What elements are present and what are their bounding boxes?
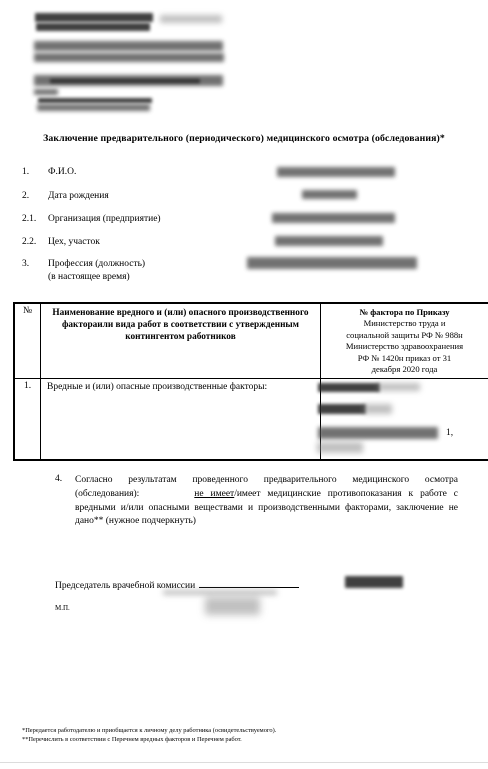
footnotes: *Передается работодателю и приобщается к…: [22, 727, 276, 745]
field-organization-label: Организация (предприятие): [48, 213, 161, 226]
redacted-birthdate-value: [302, 190, 357, 199]
item4-paragraph: Согласно результатам проведенного предва…: [75, 474, 458, 529]
redacted-factor-entry3: [318, 427, 438, 439]
page-bottom-edge: [0, 762, 488, 763]
redacted-workshop-value: [275, 236, 383, 246]
redacted-factor-entry1: [318, 383, 380, 392]
field-profession-number: 3.: [22, 258, 29, 271]
signature-underline: [199, 578, 299, 588]
field-profession-label-line1: Профессия (должность): [48, 258, 145, 271]
redacted-phone-tail: [37, 104, 150, 111]
redacted-chairman-name: [345, 576, 403, 588]
item4-line2: (обследования):не имеет/имеет медицински…: [75, 488, 458, 502]
stamp-place-label: М.П.: [55, 604, 70, 612]
header-cell-factor: Наименование вредного и (или) опасного п…: [41, 303, 321, 379]
field-fio-number: 1.: [22, 166, 29, 179]
header-order-line5: РФ № 1420н приказ от 31: [324, 353, 485, 364]
footnote-2: **Перечислить в соответствии с Перечнем …: [22, 736, 276, 745]
header-cell-number: №: [14, 303, 41, 379]
item4-line2-pre: (обследования):: [75, 489, 139, 499]
item4-underlined-choice: не имеет: [194, 489, 234, 499]
redacted-factor-entry2-tail: [364, 404, 392, 414]
item4-number: 4.: [55, 474, 62, 484]
factors-table-header-row: № Наименование вредного и (или) опасного…: [14, 303, 488, 379]
redacted-fio-value: [277, 167, 395, 177]
header-order-line3: социальной защиты РФ № 988н: [324, 330, 485, 341]
field-profession-label-line2: (в настоящее время): [48, 271, 145, 284]
header-factor-text: Наименование вредного и (или) опасного п…: [42, 305, 319, 346]
redacted-license-line1: [34, 41, 223, 51]
field-workshop-label: Цех, участок: [48, 236, 100, 249]
field-birthdate-label: Дата рождения: [48, 190, 109, 203]
redacted-factor-entry1-tail: [378, 383, 420, 391]
redacted-license-line2: [34, 53, 224, 62]
row1-cell-factor: Вредные и (или) опасные производственные…: [41, 379, 321, 460]
item4-line4: дано** (нужное подчеркнуть): [75, 515, 458, 529]
medical-conclusion-document: Заключение предварительного (периодическ…: [0, 0, 488, 769]
redacted-clinic-name-line1: [35, 13, 153, 22]
header-order-text: № фактора по Приказу Министерство труда …: [322, 305, 487, 377]
redacted-phone-line: [38, 98, 152, 103]
header-cell-order: № фактора по Приказу Министерство труда …: [321, 303, 488, 379]
visible-factor-fragment: 1,: [446, 428, 453, 438]
page-title: Заключение предварительного (периодическ…: [0, 133, 488, 144]
row1-factor-text: Вредные и (или) опасные производственные…: [42, 380, 319, 394]
factors-table-row-1: 1. Вредные и (или) опасные производствен…: [14, 379, 488, 460]
redacted-clinic-name-line2: [36, 23, 150, 31]
field-profession-label: Профессия (должность) (в настоящее время…: [48, 258, 145, 284]
item4-line1: Согласно результатам проведенного предва…: [75, 474, 458, 488]
header-order-line2: Министерство труда и: [324, 318, 485, 329]
field-birthdate-number: 2.: [22, 190, 29, 203]
item4-line2-post: /имеет медицинские противопоказания к ра…: [234, 489, 458, 499]
redacted-signature-scribble: [205, 597, 260, 615]
redacted-profession-value: [247, 257, 417, 269]
field-fio-label: Ф.И.О.: [48, 166, 76, 179]
redacted-factor-entry4: [317, 442, 363, 453]
footnote-1: *Передается работодателю и приобщается к…: [22, 727, 276, 736]
redacted-address-underline: [50, 79, 200, 83]
field-workshop-number: 2.2.: [22, 236, 36, 249]
redacted-address-tail: [34, 89, 58, 95]
row1-cell-number: 1.: [14, 379, 41, 460]
field-organization-number: 2.1.: [22, 213, 36, 226]
header-order-line1: № фактора по Приказу: [324, 307, 485, 318]
header-order-line6: декабря 2020 года: [324, 364, 485, 375]
redacted-signature-under-line: [163, 590, 277, 595]
redacted-organization-value: [272, 213, 395, 223]
header-order-line4: Министерство здравоохранения: [324, 341, 485, 352]
redacted-factor-entry2: [318, 404, 366, 414]
redacted-clinic-name-right: [160, 15, 222, 23]
item4-line3: вредными и/или опасными веществами и про…: [75, 502, 458, 516]
